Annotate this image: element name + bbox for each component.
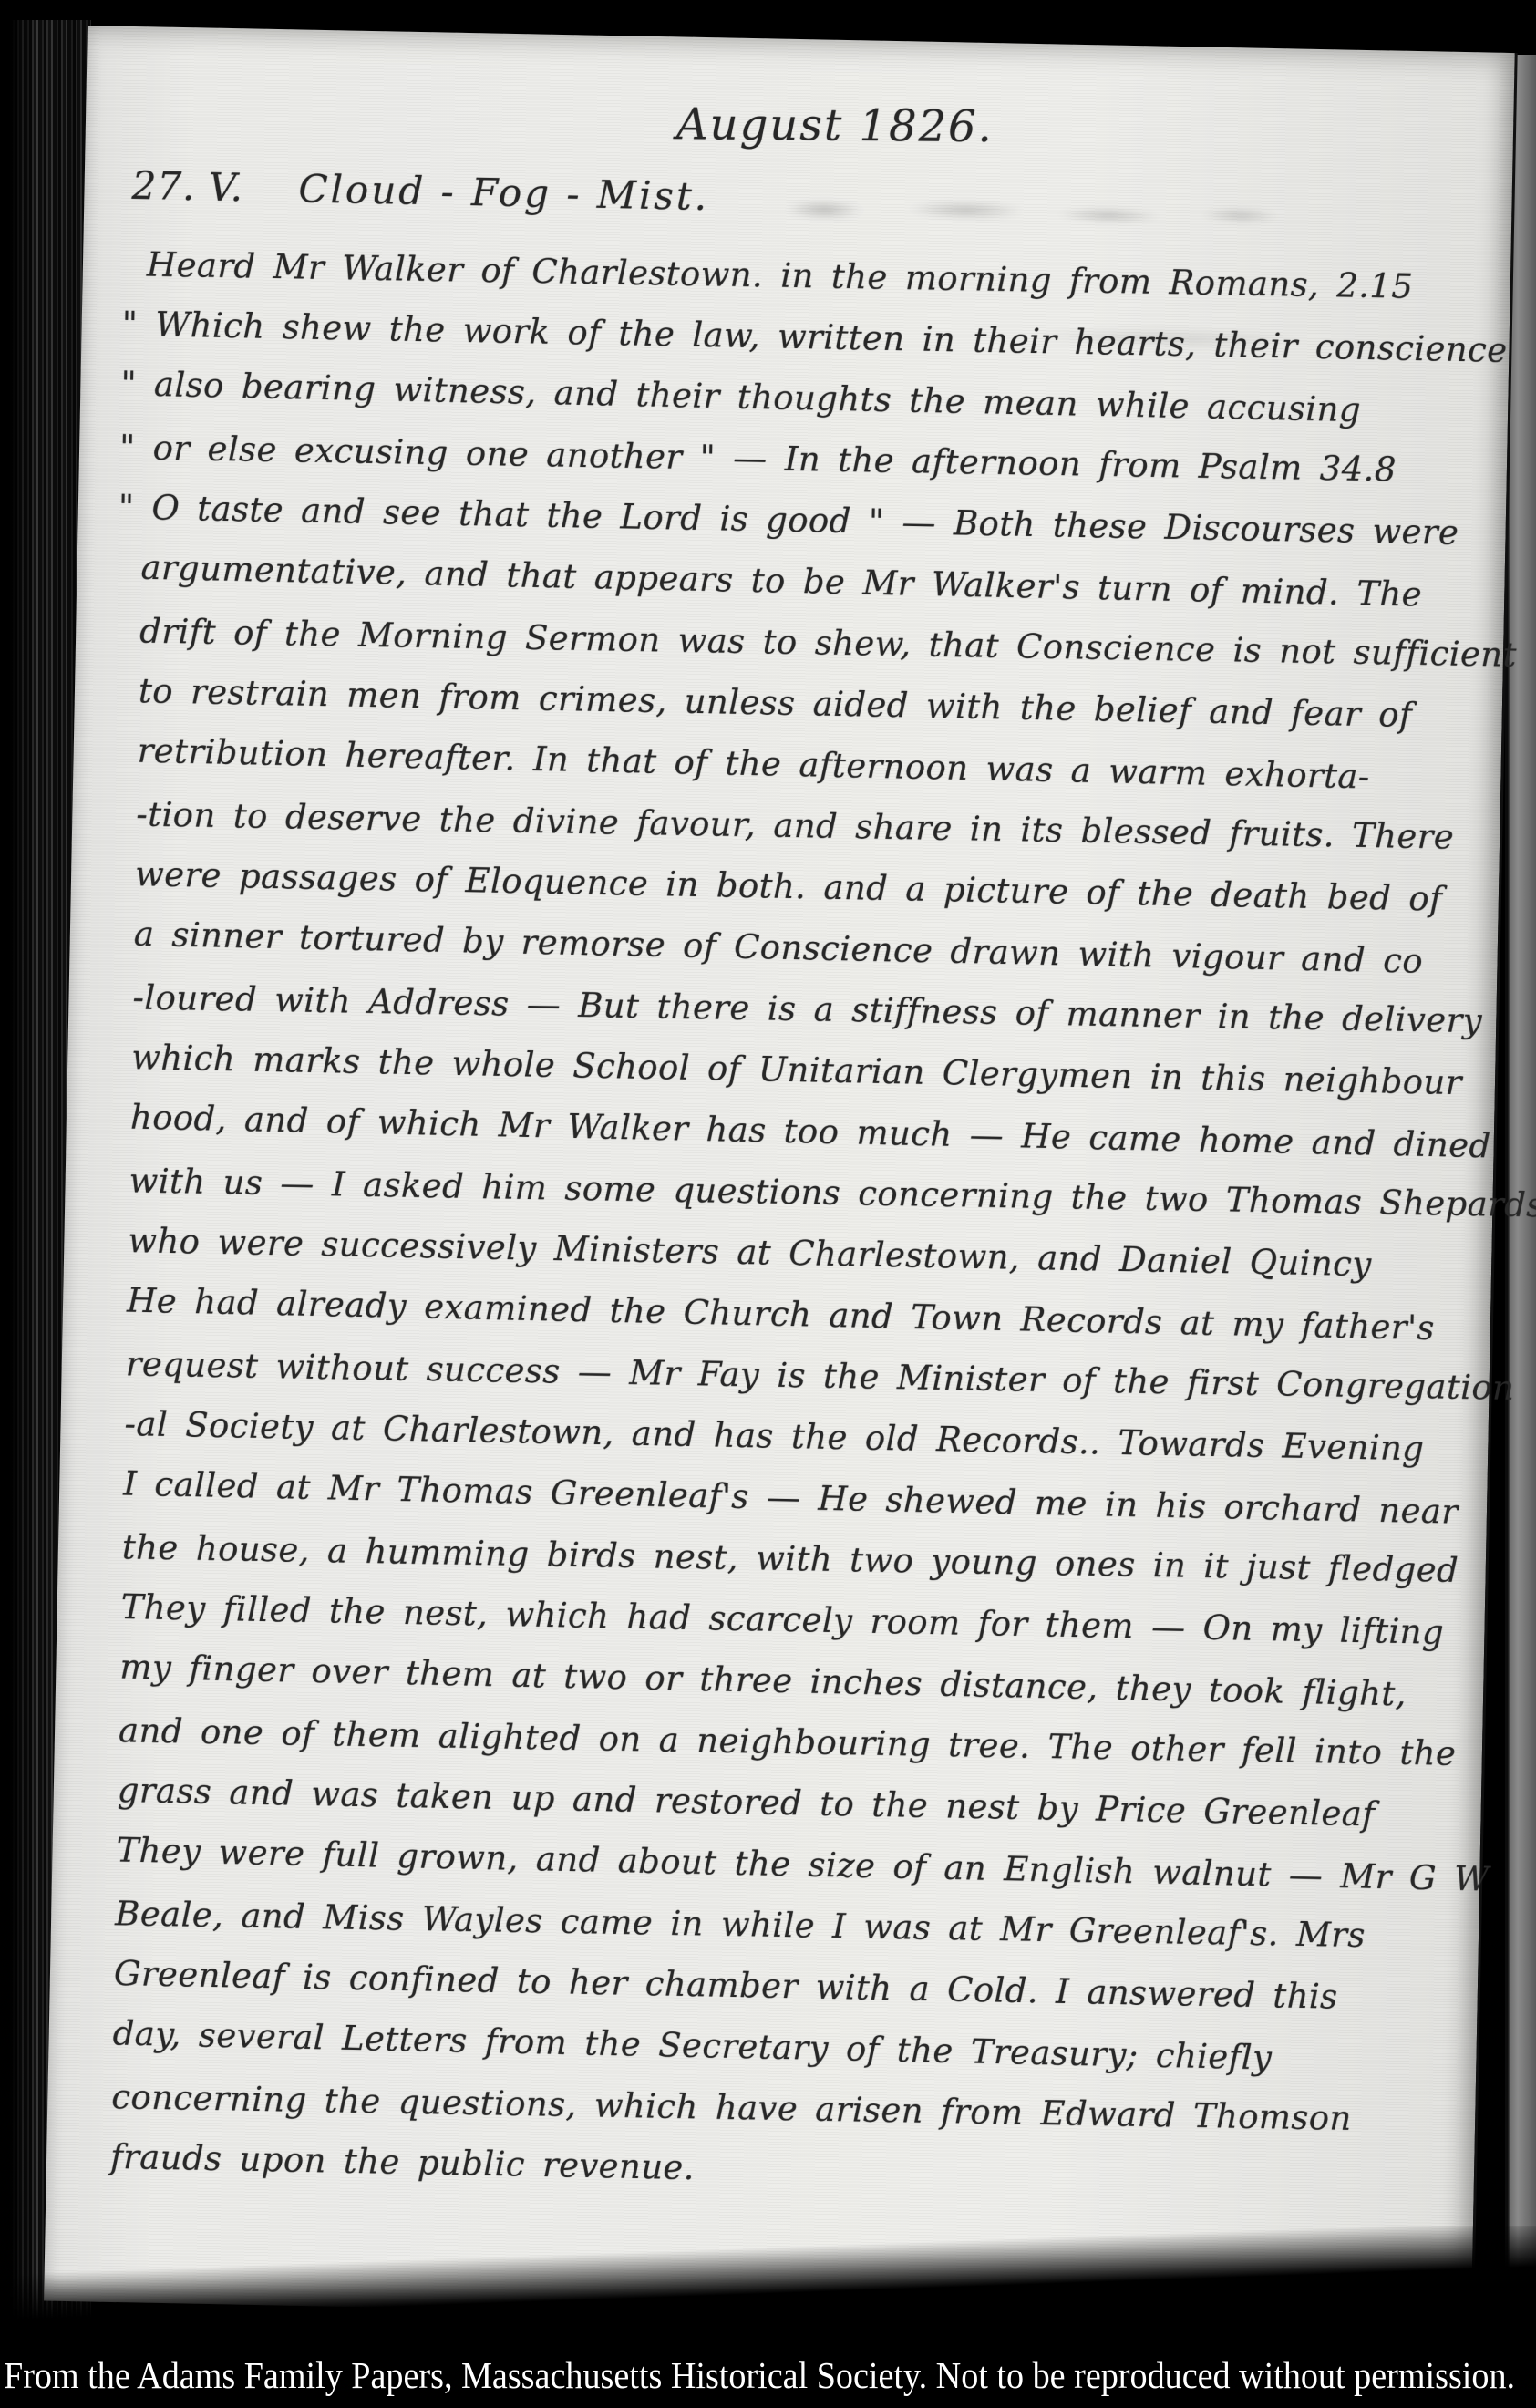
entry-header: 27. V. Cloud - Fog - Mist. xyxy=(131,163,709,219)
page-header-date: August 1826. xyxy=(676,98,994,152)
archive-caption-bar: From the Adams Family Papers, Massachuse… xyxy=(0,2337,1536,2408)
manuscript-page: August 1826. 27. V. Cloud - Fog - Mist. … xyxy=(44,26,1518,2329)
scanned-diary-page: August 1826. 27. V. Cloud - Fog - Mist. … xyxy=(0,0,1536,2408)
scan-bottom-shadow xyxy=(0,2226,1536,2344)
ink-bleedthrough-smudge xyxy=(758,182,1306,241)
manuscript-body: Heard Mr Walker of Charlestown. in the m… xyxy=(77,233,1490,2214)
entry-weather-note: Cloud - Fog - Mist. xyxy=(298,166,710,219)
archive-caption: From the Adams Family Papers, Massachuse… xyxy=(4,2353,1432,2397)
entry-day-number: 27. V. xyxy=(131,163,243,210)
